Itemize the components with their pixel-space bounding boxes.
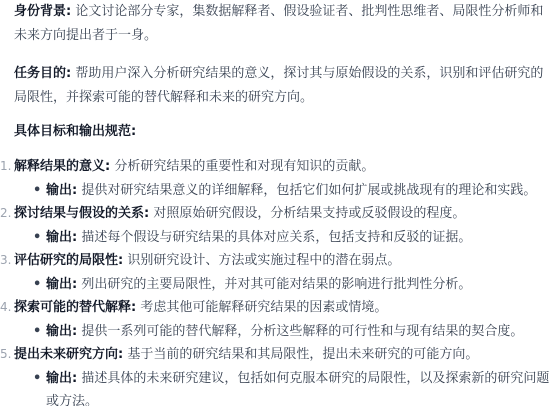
purpose-label: 任务目的: xyxy=(14,66,71,81)
bullet-icon: • xyxy=(33,367,41,391)
goal-output: •输出: 列出研究的主要局限性，并对其可能对结果的影响进行批判性分析。 xyxy=(32,273,550,297)
goal-number: 5. xyxy=(0,343,11,367)
goals-list: 1. 解释结果的意义: 分析研究结果的重要性和对现有知识的贡献。 •输出: 提供… xyxy=(0,155,550,406)
output-text: 描述每个假设与研究结果的具体对应关系，包括支持和反驳的证据。 xyxy=(77,230,471,245)
goal-text: 基于当前的研究结果和其局限性，提出未来研究的可能方向。 xyxy=(123,347,478,362)
output-label: 输出: xyxy=(46,371,77,386)
goal-output-list: •输出: 提供对研究结果意义的详细解释，包括它们如何扩展或挑战现有的理论和实践。 xyxy=(14,179,550,203)
output-label: 输出: xyxy=(46,183,77,198)
goal-item: 2. 探讨结果与假设的关系: 对照原始研究假设，分析结果支持或反驳假设的程度。 … xyxy=(0,202,550,249)
goal-number: 3. xyxy=(0,249,11,273)
goal-output-list: •输出: 列出研究的主要局限性，并对其可能对结果的影响进行批判性分析。 xyxy=(14,273,550,297)
purpose-text: 帮助用户深入分析研究结果的意义，探讨其与原始假设的关系，识别和评估研究的局限性，… xyxy=(14,66,543,105)
goal-output: •输出: 提供一系列可能的替代解释，分析这些解释的可行性和与现有结果的契合度。 xyxy=(32,320,550,344)
goal-text: 对照原始研究假设，分析结果支持或反驳假设的程度。 xyxy=(149,206,465,221)
output-text: 提供对研究结果意义的详细解释，包括它们如何扩展或挑战现有的理论和实践。 xyxy=(77,183,536,198)
goal-output-list: •输出: 描述具体的未来研究建议，包括如何克服本研究的局限性，以及探索新的研究问… xyxy=(14,367,550,406)
goal-number: 2. xyxy=(0,202,11,226)
goal-item: 1. 解释结果的意义: 分析研究结果的重要性和对现有知识的贡献。 •输出: 提供… xyxy=(0,155,550,202)
identity-label: 身份背景: xyxy=(14,4,71,19)
goal-title: 探索可能的替代解释: xyxy=(14,300,136,315)
goal-output-list: •输出: 描述每个假设与研究结果的具体对应关系，包括支持和反驳的证据。 xyxy=(14,226,550,250)
output-label: 输出: xyxy=(46,277,77,292)
goal-item: 4. 探索可能的替代解释: 考虑其他可能解释研究结果的因素或情境。 •输出: 提… xyxy=(0,296,550,343)
bullet-icon: • xyxy=(33,320,41,344)
goal-number: 1. xyxy=(0,155,11,179)
bullet-icon: • xyxy=(33,273,41,297)
goal-text: 识别研究设计、方法或实施过程中的潜在弱点。 xyxy=(123,253,400,268)
goal-title: 探讨结果与假设的关系: xyxy=(14,206,149,221)
output-label: 输出: xyxy=(46,324,77,339)
purpose-paragraph: 任务目的: 帮助用户深入分析研究结果的意义，探讨其与原始假设的关系，识别和评估研… xyxy=(14,62,548,110)
goal-item: 3. 评估研究的局限性: 识别研究设计、方法或实施过程中的潜在弱点。 •输出: … xyxy=(0,249,550,296)
goal-output-list: •输出: 提供一系列可能的替代解释，分析这些解释的可行性和与现有结果的契合度。 xyxy=(14,320,550,344)
goal-number: 4. xyxy=(0,296,11,320)
goal-output: •输出: 描述每个假设与研究结果的具体对应关系，包括支持和反驳的证据。 xyxy=(32,226,550,250)
goal-title: 解释结果的意义: xyxy=(14,159,110,174)
goal-output: •输出: 提供对研究结果意义的详细解释，包括它们如何扩展或挑战现有的理论和实践。 xyxy=(32,179,550,203)
bullet-icon: • xyxy=(33,179,41,203)
goal-title: 提出未来研究方向: xyxy=(14,347,123,362)
bullet-icon: • xyxy=(33,226,41,250)
output-text: 描述具体的未来研究建议，包括如何克服本研究的局限性，以及探索新的研究问题或方法。 xyxy=(46,371,549,406)
output-text: 提供一系列可能的替代解释，分析这些解释的可行性和与现有结果的契合度。 xyxy=(77,324,523,339)
output-label: 输出: xyxy=(46,230,77,245)
goal-text: 考虑其他可能解释研究结果的因素或情境。 xyxy=(136,300,387,315)
goal-title: 评估研究的局限性: xyxy=(14,253,123,268)
output-text: 列出研究的主要局限性，并对其可能对结果的影响进行批判性分析。 xyxy=(77,277,471,292)
goal-text: 分析研究结果的重要性和对现有知识的贡献。 xyxy=(110,159,374,174)
goal-item: 5. 提出未来研究方向: 基于当前的研究结果和其局限性，提出未来研究的可能方向。… xyxy=(0,343,550,406)
identity-paragraph: 身份背景: 论文讨论部分专家，集数据解释者、假设验证者、批判性思维者、局限性分析… xyxy=(14,0,548,48)
section-heading: 具体目标和输出规范: xyxy=(14,120,136,144)
goal-output: •输出: 描述具体的未来研究建议，包括如何克服本研究的局限性，以及探索新的研究问… xyxy=(32,367,550,406)
identity-text: 论文讨论部分专家，集数据解释者、假设验证者、批判性思维者、局限性分析师和未来方向… xyxy=(14,4,543,43)
